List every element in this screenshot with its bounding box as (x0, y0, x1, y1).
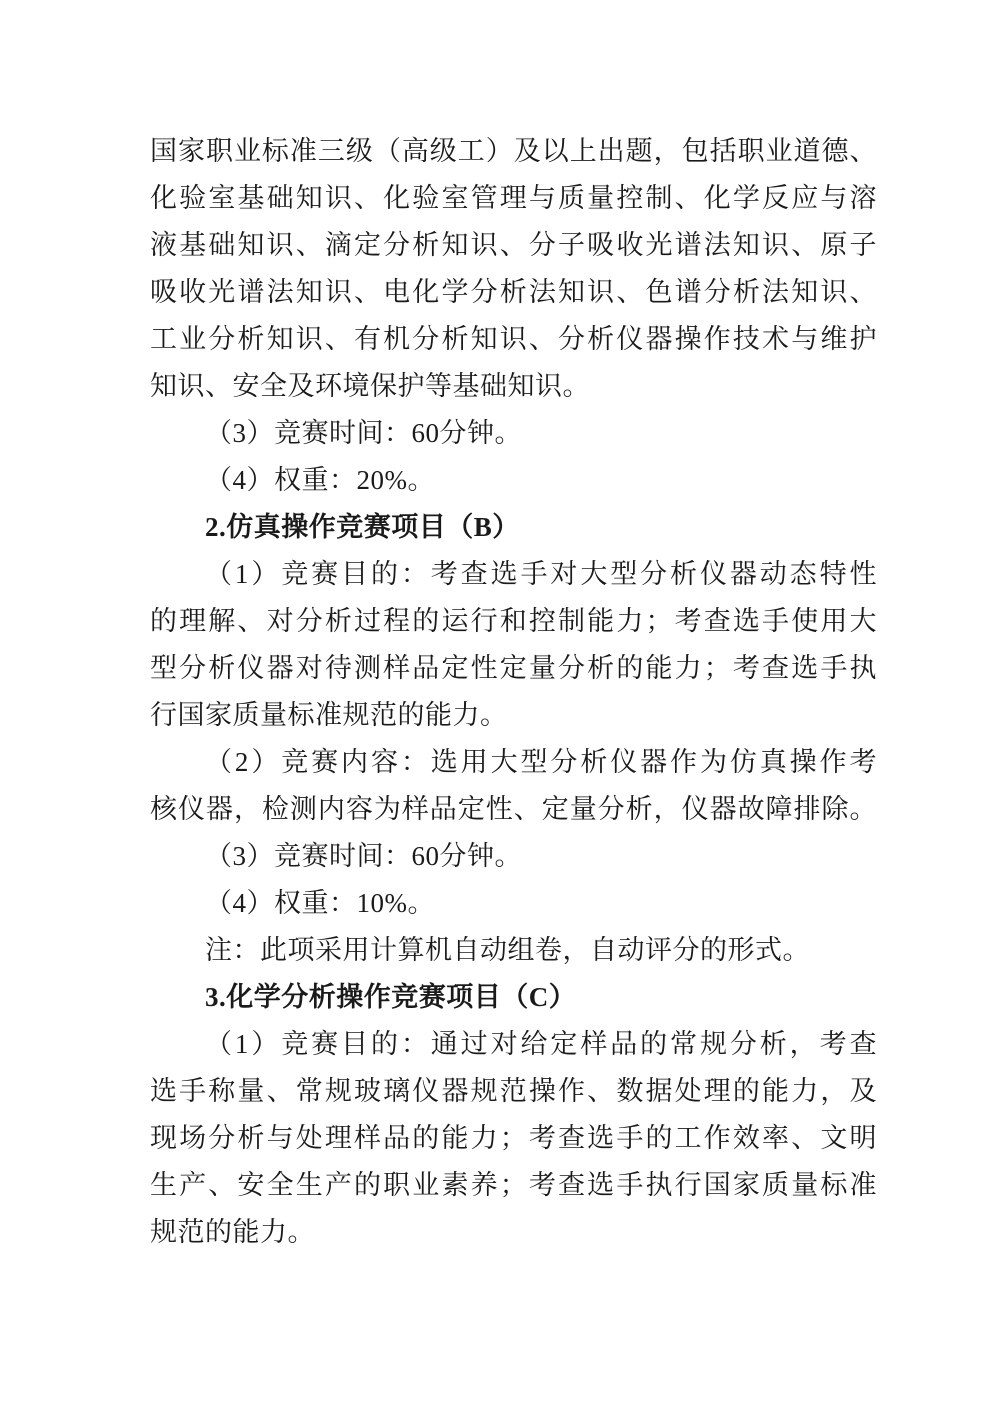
text-line: 吸收光谱法知识、电化学分析法知识、色谱分析法知识、 (150, 269, 877, 316)
text-line: 型分析仪器对待测样品定性定量分析的能力；考查选手执 (150, 645, 877, 692)
text-line: 的理解、对分析过程的运行和控制能力；考查选手使用大 (150, 598, 877, 645)
text-line: 选手称量、常规玻璃仪器规范操作、数据处理的能力，及 (150, 1068, 877, 1115)
text-line: 化验室基础知识、化验室管理与质量控制、化学反应与溶 (150, 175, 877, 222)
text-line: 生产、安全生产的职业素养；考查选手执行国家质量标准 (150, 1162, 877, 1209)
text-line: 工业分析知识、有机分析知识、分析仪器操作技术与维护 (150, 316, 877, 363)
text-line: （1）竞赛目的：通过对给定样品的常规分析，考查 (150, 1021, 877, 1068)
text-line: （2）竞赛内容：选用大型分析仪器作为仿真操作考 (150, 739, 877, 786)
text-line: （4）权重：10%。 (150, 880, 877, 927)
section-heading-line: 3.化学分析操作竞赛项目（C） (150, 974, 877, 1021)
section-heading-line: 2.仿真操作竞赛项目（B） (150, 504, 877, 551)
text-line: 核仪器，检测内容为样品定性、定量分析，仪器故障排除。 (150, 786, 877, 833)
text-line: （4）权重：20%。 (150, 457, 877, 504)
text-line: 现场分析与处理样品的能力；考查选手的工作效率、文明 (150, 1115, 877, 1162)
text-line: 知识、安全及环境保护等基础知识。 (150, 363, 877, 410)
document-page: 国家职业标准三级（高级工）及以上出题，包括职业道德、化验室基础知识、化验室管理与… (0, 0, 1000, 1414)
text-line: 行国家质量标准规范的能力。 (150, 692, 877, 739)
text-line: 注：此项采用计算机自动组卷，自动评分的形式。 (150, 927, 877, 974)
document-text-block: 国家职业标准三级（高级工）及以上出题，包括职业道德、化验室基础知识、化验室管理与… (150, 128, 877, 1256)
text-line: 规范的能力。 (150, 1209, 877, 1256)
text-line: （3）竞赛时间：60分钟。 (150, 833, 877, 880)
text-line: （3）竞赛时间：60分钟。 (150, 410, 877, 457)
text-line: （1）竞赛目的：考查选手对大型分析仪器动态特性 (150, 551, 877, 598)
text-line: 国家职业标准三级（高级工）及以上出题，包括职业道德、 (150, 128, 877, 175)
text-line: 液基础知识、滴定分析知识、分子吸收光谱法知识、原子 (150, 222, 877, 269)
